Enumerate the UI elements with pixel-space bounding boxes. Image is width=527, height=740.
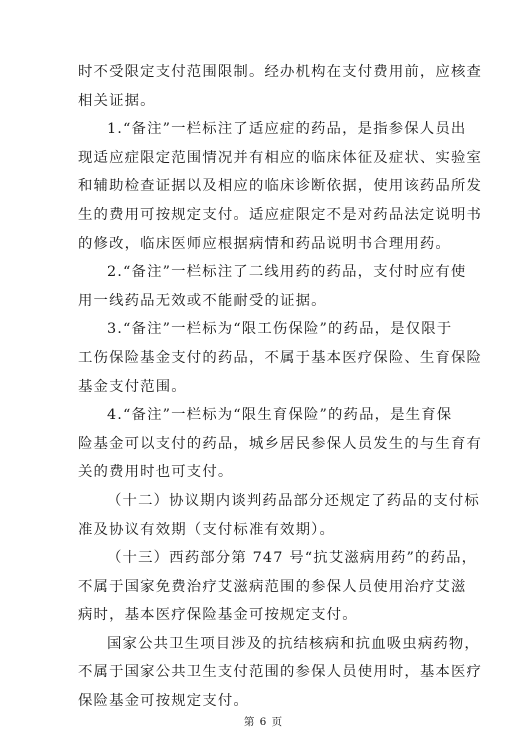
- text-line: 关的费用时也可支付。: [78, 458, 450, 487]
- text-line: （十二）协议期内谈判药品部分还规定了药品的支付标: [78, 487, 450, 516]
- page-number: 第 6 页: [0, 714, 527, 729]
- text-line: 生的费用可按规定支付。适应症限定不是对药品法定说明书: [78, 201, 450, 230]
- text-line: 国家公共卫生项目涉及的抗结核病和抗血吸虫病药物，: [78, 630, 450, 659]
- text-line: 用一线药品无效或不能耐受的证据。: [78, 287, 450, 316]
- text-line: 的修改，临床医师应根据病情和药品说明书合理用药。: [78, 230, 450, 259]
- document-page: 时不受限定支付范围限制。经办机构在支付费用前，应核查相关证据。1.“备注”一栏标…: [0, 0, 527, 740]
- text-line: 和辅助检查证据以及相应的临床诊断依据，使用该药品所发: [78, 172, 450, 201]
- text-line: 2.“备注”一栏标注了二线用药的药品，支付时应有使: [78, 258, 450, 287]
- text-line: 4.“备注”一栏标为“限生育保险”的药品，是生育保: [78, 401, 450, 430]
- text-line: 保险基金可按规定支付。: [78, 687, 450, 716]
- text-line: 准及协议有效期（支付标准有效期）。: [78, 516, 450, 545]
- text-line: 基金支付范围。: [78, 373, 450, 402]
- text-line: 现适应症限定范围情况并有相应的临床体征及症状、实验室: [78, 144, 450, 173]
- body-text: 时不受限定支付范围限制。经办机构在支付费用前，应核查相关证据。1.“备注”一栏标…: [78, 58, 450, 716]
- text-line: 3.“备注”一栏标为“限工伤保险”的药品，是仅限于: [78, 315, 450, 344]
- text-line: 工伤保险基金支付的药品，不属于基本医疗保险、生育保险: [78, 344, 450, 373]
- text-line: （十三）西药部分第 747 号“抗艾滋病用药”的药品，: [78, 544, 450, 573]
- text-line: 时不受限定支付范围限制。经办机构在支付费用前，应核查: [78, 58, 450, 87]
- text-line: 险基金可以支付的药品，城乡居民参保人员发生的与生育有: [78, 430, 450, 459]
- text-line: 1.“备注”一栏标注了适应症的药品，是指参保人员出: [78, 115, 450, 144]
- text-line: 不属于国家免费治疗艾滋病范围的参保人员使用治疗艾滋: [78, 573, 450, 602]
- text-line: 不属于国家公共卫生支付范围的参保人员使用时，基本医疗: [78, 658, 450, 687]
- text-line: 病时，基本医疗保险基金可按规定支付。: [78, 601, 450, 630]
- text-line: 相关证据。: [78, 87, 450, 116]
